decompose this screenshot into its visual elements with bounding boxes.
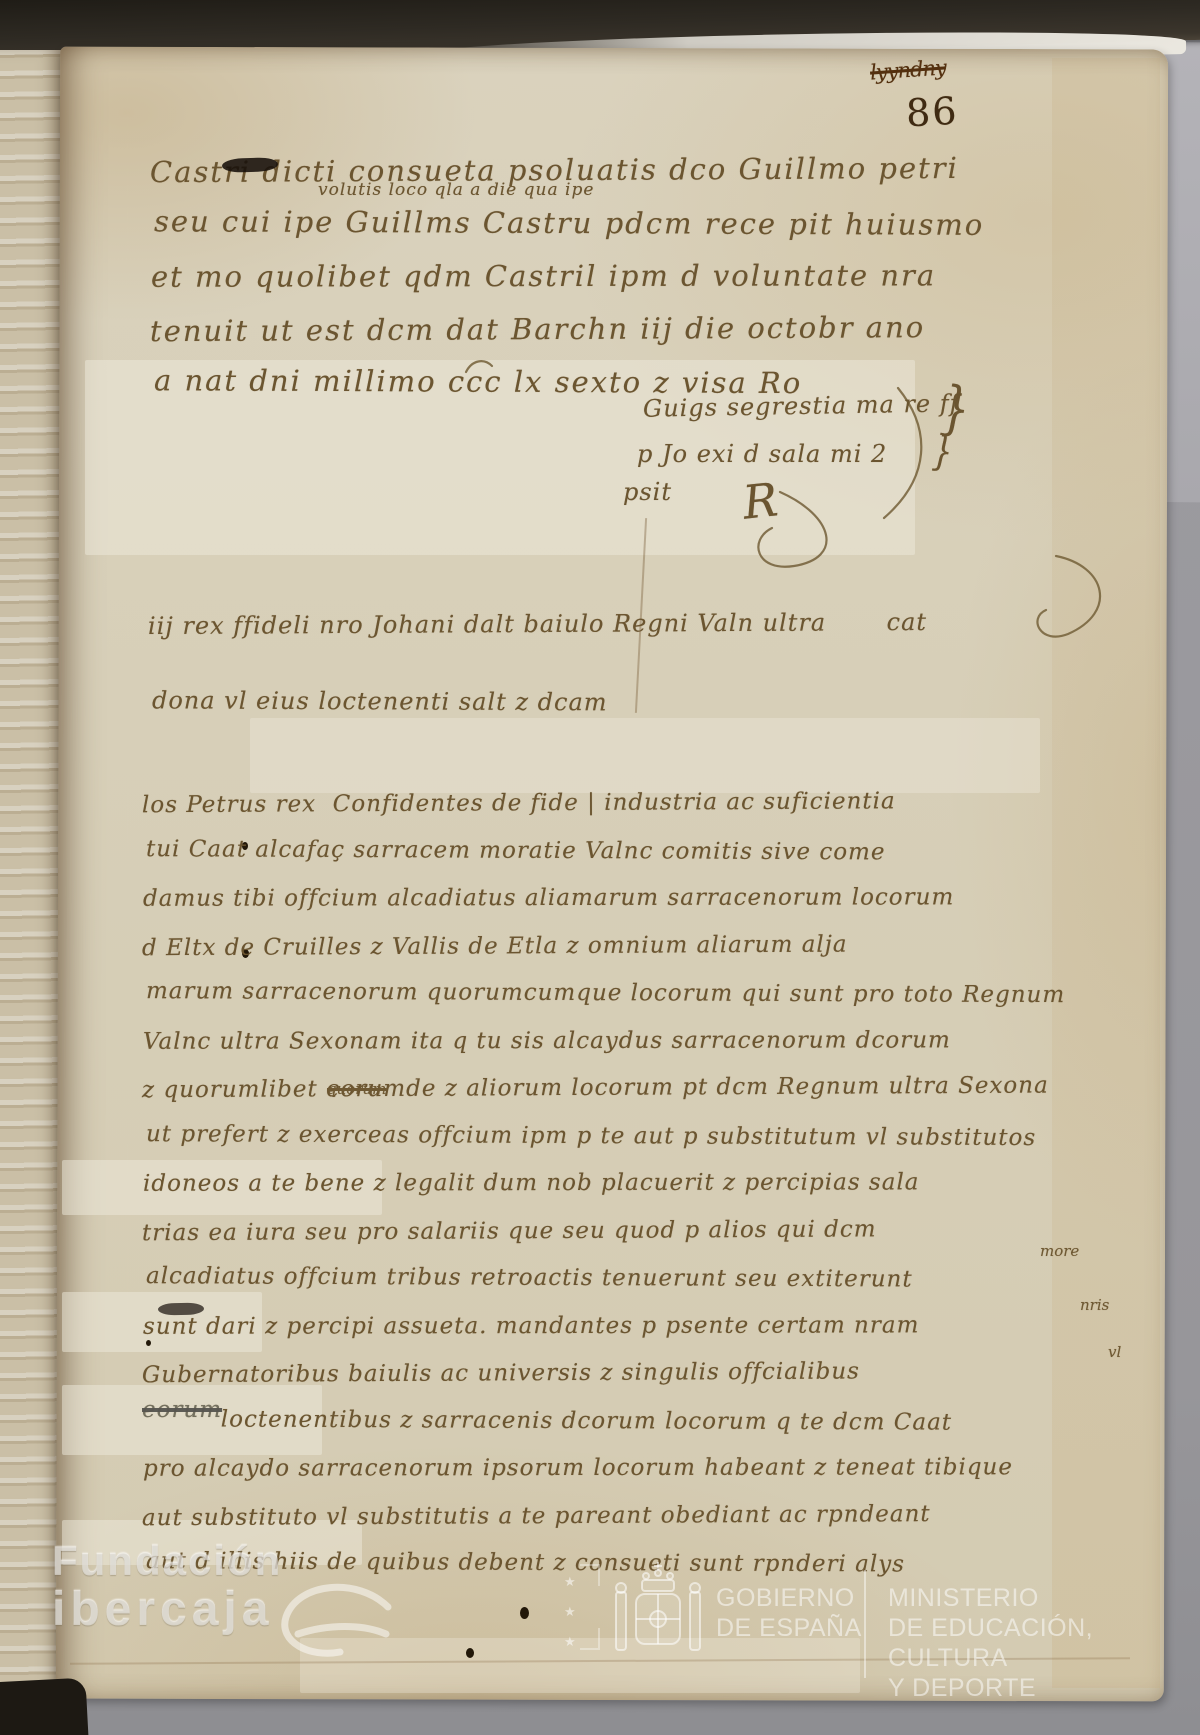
manuscript-scan-page: { "folio": { "number": "86", "struck_ann… — [0, 0, 1200, 1735]
watermark-divider — [864, 1570, 866, 1678]
star-icon: ★ — [564, 1604, 576, 1620]
manuscript-line: tenuit ut est dcm dat Barchn iij die oct… — [150, 301, 980, 358]
wormhole — [466, 1648, 474, 1658]
brace-flourish: } — [931, 425, 956, 477]
manuscript-line: et mo quolibet qdm Castril ipm d volunta… — [151, 249, 981, 303]
signature-line: p Jo exi d sala mi 2 — [637, 440, 887, 468]
manuscript-signature-block: } Guigs segrestia ma re ff } p Jo exi d … — [615, 378, 1015, 548]
frame-bracket — [580, 1628, 600, 1650]
interlinear-note: volutis loco qla a die qua ipe — [318, 180, 594, 200]
watermark-ministerio: MINISTERIO DE EDUCACIÓN, CULTURA Y DEPOR… — [888, 1583, 1200, 1703]
watermark-stars-strip: ★ ★ ★ — [564, 1560, 604, 1664]
stain-right-column — [1052, 58, 1160, 1688]
folio-number: 86 — [905, 89, 960, 136]
signature-line: psit — [623, 478, 672, 506]
struck-word: eorum — [142, 1397, 222, 1423]
gobierno-line1: GOBIERNO — [716, 1583, 862, 1613]
watermark-ibercaja-line1: Fundación — [52, 1538, 282, 1584]
signature-line: Guigs segrestia ma re ff — [643, 389, 960, 423]
spain-coat-of-arms-icon — [608, 1558, 708, 1668]
interlinear-note: vl — [1108, 1343, 1121, 1361]
manuscript-line: seu cui ipe Guillms Castru pdcm rece pit… — [154, 195, 984, 252]
gobierno-line2: DE ESPAÑA — [716, 1613, 862, 1643]
star-icon: ★ — [564, 1634, 576, 1650]
ibercaja-swirl-logo-icon — [268, 1572, 398, 1667]
cover-bottom-corner — [0, 1678, 89, 1735]
watermark-gobierno: GOBIERNO DE ESPAÑA — [716, 1583, 862, 1643]
interlinear-note: more — [1040, 1242, 1079, 1260]
interlinear-note: quorum — [327, 1080, 386, 1098]
frame-bracket — [580, 1564, 600, 1586]
wormhole — [520, 1607, 529, 1619]
ministerio-line1: MINISTERIO — [888, 1583, 1200, 1613]
page-stack-left-edge — [0, 50, 64, 1702]
manuscript-block-address: iij rex ffideli nro Johani dalt baiulo R… — [148, 585, 927, 741]
watermark-ibercaja-line2: ibercaja — [52, 1584, 282, 1636]
manuscript-line: iij rex ffideli nro Johani dalt baiulo R… — [148, 583, 927, 665]
grant-overlays: eorum quorum more nris vl — [142, 780, 1002, 1590]
ministerio-line2: DE EDUCACIÓN, CULTURA — [888, 1613, 1200, 1673]
signature-initial: R — [740, 472, 781, 529]
manuscript-line: dona vl eius loctenenti salt z dcam — [152, 661, 931, 742]
ministerio-line3: Y DEPORTE — [888, 1673, 1200, 1703]
interlinear-note: nris — [1080, 1296, 1109, 1314]
star-icon: ★ — [564, 1574, 576, 1590]
watermark-ibercaja: Fundación ibercaja — [52, 1538, 282, 1636]
